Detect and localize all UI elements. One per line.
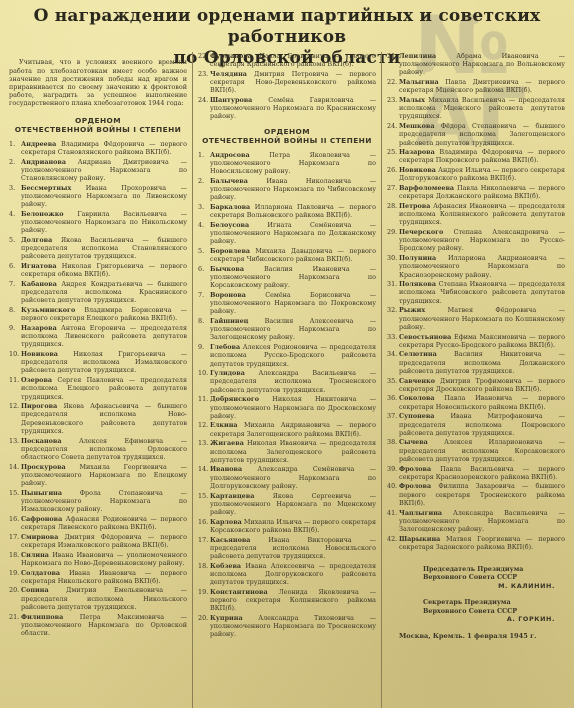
recipient-surname: Шарыкина	[399, 535, 440, 543]
award-entry: 34.Селютина Василия Никитовича — председ…	[387, 350, 565, 375]
signature-title: Секретарь Президиума	[423, 598, 565, 606]
award-entry: 9.Глебова Алексея Родионовича — председа…	[198, 343, 376, 368]
entry-number: 8.	[9, 306, 21, 314]
award-entry: 30.Полунина Иллариона Андриановича — упо…	[387, 254, 565, 279]
recipient-surname: Соколова	[399, 394, 435, 402]
award-entry: 2.Балычева Ивана Николаевича — уполномоч…	[198, 177, 376, 202]
entry-number: 35.	[387, 377, 399, 385]
award-entry: 41.Чаплыгина Александра Васильевича — уп…	[387, 509, 565, 534]
entry-number: 12.	[198, 421, 210, 429]
award-entry: 13.Посканова Алексея Ефимовича — председ…	[9, 437, 187, 462]
recipient-surname: Малых	[399, 96, 425, 104]
entry-number: 12.	[9, 402, 21, 410]
recipient-surname: Проскурова	[21, 463, 66, 471]
recipient-surname: Савченко	[399, 377, 435, 385]
entry-number: 9.	[198, 343, 210, 351]
award-entry: 6.Игнатова Николая Григорьевича — первог…	[9, 262, 187, 278]
order-heading-second-class: ОРДЕНОМ ОТЕЧЕСТВЕННОЙ ВОЙНЫ II СТЕПЕНИ	[198, 127, 376, 145]
recipient-surname: Воронова	[210, 291, 246, 299]
entry-number: 20.	[198, 614, 210, 622]
entry-number: 9.	[9, 324, 21, 332]
award-entry: 12.Елкина Михаила Андриановича — первого…	[198, 421, 376, 437]
award-entry: 26.Новикова Андрея Ильича — первого секр…	[387, 166, 565, 182]
award-entry: 39.Фролова Павла Васильевича — первого с…	[387, 465, 565, 481]
signature-section: Председатель Президиума Верховного Совет…	[387, 565, 565, 623]
entry-number: 39.	[387, 465, 399, 473]
entry-number: 4.	[9, 210, 21, 218]
entry-number: 6.	[198, 265, 210, 273]
award-entry: 17.Касьянова Ивана Викторовича — председ…	[198, 536, 376, 561]
entry-number: 2.	[198, 177, 210, 185]
entry-number: 23.	[387, 96, 399, 104]
entry-number: 14.	[9, 463, 21, 471]
award-entry: 24.Мешкова Фёдора Степановича — бывшего …	[387, 122, 565, 147]
award-entry: 5.Долгова Якова Васильевича — бывшего пр…	[9, 236, 187, 261]
award-entry: 1.Андреева Владимира Фёдоровича — первог…	[9, 140, 187, 156]
entry-number: 28.	[387, 202, 399, 210]
order-heading-first-class: ОРДЕНОМ ОТЕЧЕСТВЕННОЙ ВОЙНЫ I СТЕПЕНИ	[9, 116, 187, 134]
order-heading-line: ОТЕЧЕСТВЕННОЙ ВОЙНЫ II СТЕПЕНИ	[198, 136, 376, 145]
entry-number: 25.	[387, 148, 399, 156]
entry-number: 40.	[387, 482, 399, 490]
recipient-surname: Сычева	[399, 438, 428, 446]
entry-number: 33.	[387, 333, 399, 341]
entry-number: 19.	[9, 569, 21, 577]
entry-number: 21.	[9, 613, 21, 621]
award-list-second-class-cont: 21.Лепилина Абрама Ивановича — уполномоч…	[387, 52, 565, 551]
recipient-surname: Супонева	[399, 412, 434, 420]
recipient-surname: Полунина	[399, 254, 436, 262]
entry-number: 7.	[9, 280, 21, 288]
recipient-surname: Гулидова	[210, 369, 245, 377]
award-entry: 22.Фурманова Павла Борисовича — первого …	[198, 52, 376, 68]
decree-intro: Учитывая, что в условиях военного времен…	[9, 58, 187, 107]
recipient-surname: Полякова	[399, 280, 436, 288]
recipient-surname: Елкина	[210, 421, 238, 429]
entry-number: 10.	[9, 350, 21, 358]
recipient-surname: Челядина	[210, 70, 247, 78]
recipient-surname: Силина	[21, 551, 49, 559]
entry-number: 10.	[198, 369, 210, 377]
award-entry: 24.Шантурова Семёна Гавриловича — уполно…	[198, 96, 376, 121]
award-list-second-class: 1.Андросова Петра Яковлевича — уполномоч…	[198, 151, 376, 639]
signer-name: М. КАЛИНИН.	[423, 582, 565, 590]
entry-number: 7.	[198, 291, 210, 299]
entry-number: 19.	[198, 588, 210, 596]
recipient-surname: Андросова	[210, 151, 250, 159]
recipient-surname: Андреева	[21, 140, 56, 148]
recipient-surname: Рыжих	[399, 306, 425, 314]
recipient-surname: Баркалова	[210, 203, 250, 211]
entry-number: 8.	[198, 317, 210, 325]
award-entry: 28.Петрова Афанасия Ивановича — председа…	[387, 202, 565, 227]
entry-number: 24.	[387, 122, 399, 130]
award-entry: 16.Карлова Михаила Ильича — первого секр…	[198, 518, 376, 534]
award-entry: 15.Пыныгина Фрола Степановича — уполномо…	[9, 489, 187, 514]
award-entry: 11.Добрянского Николая Никитовича — упол…	[198, 395, 376, 420]
recipient-surname: Андрианова	[21, 158, 66, 166]
award-entry: 17.Смирнова Дмитрия Фёдоровича — первого…	[9, 533, 187, 549]
entry-number: 41.	[387, 509, 399, 517]
award-entry: 13.Жигаева Николая Ивановича — председат…	[198, 439, 376, 464]
award-entry: 36.Соколова Павла Ивановича — первого се…	[387, 394, 565, 410]
recipient-surname: Балычева	[210, 177, 248, 185]
recipient-surname: Назарова	[21, 324, 57, 332]
recipient-surname: Озерова	[21, 376, 52, 384]
recipient-surname: Назарова	[399, 148, 435, 156]
recipient-surname: Мешкова	[399, 122, 434, 130]
entry-number: 4.	[198, 221, 210, 229]
recipient-surname: Иванова	[210, 465, 242, 473]
recipient-surname: Посканова	[21, 437, 61, 445]
column-2: 22.Фурманова Павла Борисовича — первого …	[192, 52, 381, 708]
recipient-surname: Бычкова	[210, 265, 244, 273]
recipient-surname: Белоусова	[210, 221, 249, 229]
recipient-surname: Севостьянова	[399, 333, 451, 341]
award-entry: 7.Воронова Семёна Борисовича — уполномоч…	[198, 291, 376, 316]
recipient-surname: Пирогова	[21, 402, 57, 410]
award-entry: 16.Сафронова Афанасия Родионовича — перв…	[9, 515, 187, 531]
recipient-surname: Фролова	[399, 482, 431, 490]
recipient-surname: Пыныгина	[21, 489, 62, 497]
entry-number: 1.	[198, 151, 210, 159]
award-entry: 3.Бессмертных Ивана Прохоровича — уполно…	[9, 184, 187, 209]
column-3: 21.Лепилина Абрама Ивановича — уполномоч…	[381, 52, 570, 708]
award-list-first-class-cont: 22.Фурманова Павла Борисовича — первого …	[198, 52, 376, 121]
entry-number: 3.	[198, 203, 210, 211]
recipient-surname: Селютина	[399, 350, 437, 358]
recipient-surname: Малыгина	[399, 78, 439, 86]
award-entry: 1.Андросова Петра Яковлевича — уполномоч…	[198, 151, 376, 176]
award-entry: 33.Севостьянова Ефима Максимовича — перв…	[387, 333, 565, 349]
recipient-surname: Печерского	[399, 228, 443, 236]
recipient-surname: Новикова	[399, 166, 436, 174]
signature-title: Верховного Совета СССР	[423, 573, 565, 581]
recipient-surname: Лепилина	[399, 52, 436, 60]
award-entry: 29.Печерского Степана Александровича — у…	[387, 228, 565, 253]
entry-number: 31.	[387, 280, 399, 288]
signature-block: Секретарь Президиума Верховного Совета С…	[423, 598, 565, 623]
recipient-surname: Шантурова	[210, 96, 252, 104]
award-entry: 10.Гулидова Александра Васильевича — пре…	[198, 369, 376, 394]
recipient-surname: Филиппова	[21, 613, 63, 621]
recipient-surname: Варфоломеева	[399, 184, 454, 192]
recipient-surname: Добрянского	[210, 395, 259, 403]
recipient-surname: Фурманова	[210, 52, 252, 60]
recipient-surname: Долгова	[21, 236, 52, 244]
award-entry: 20.Куприна Александра Тихоновича — уполн…	[198, 614, 376, 639]
award-entry: 9.Назарова Антона Егоровича — председате…	[9, 324, 187, 349]
order-heading-line: ОРДЕНОМ	[198, 127, 376, 136]
signature-title: Председатель Президиума	[423, 565, 565, 573]
recipient-surname: Смирнова	[21, 533, 58, 541]
award-entry: 2.Андрианова Андриана Дмитриевича — упол…	[9, 158, 187, 183]
entry-number: 37.	[387, 412, 399, 420]
article-columns: Учитывая, что в условиях военного времен…	[4, 52, 570, 708]
award-entry: 35.Савченко Дмитрия Трофимовича — первог…	[387, 377, 565, 393]
order-heading-line: ОРДЕНОМ	[9, 116, 187, 125]
entry-number: 16.	[198, 518, 210, 526]
recipient-surname: Кузьминского	[21, 306, 75, 314]
entry-number: 34.	[387, 350, 399, 358]
entry-number: 23.	[198, 70, 210, 78]
entry-number: 17.	[198, 536, 210, 544]
award-entry: 12.Пирогова Якова Афанасьевича — бывшего…	[9, 402, 187, 435]
recipient-surname: Кобзева	[210, 562, 241, 570]
award-entry: 21.Филиппова Петра Максимовича — уполном…	[9, 613, 187, 638]
entry-number: 5.	[198, 247, 210, 255]
award-entry: 5.Боровлева Михаила Давыдовича — первого…	[198, 247, 376, 263]
award-entry: 40.Фролова Филиппа Захаровича — бывшего …	[387, 482, 565, 507]
recipient-surname: Чаплыгина	[399, 509, 442, 517]
entry-number: 5.	[9, 236, 21, 244]
recipient-surname: Глебова	[210, 343, 240, 351]
entry-number: 11.	[198, 395, 210, 403]
entry-number: 15.	[9, 489, 21, 497]
signature-title: Верховного Совета СССР	[423, 607, 565, 615]
entry-number: 30.	[387, 254, 399, 262]
award-entry: 15.Картавцева Якова Сергеевича — уполном…	[198, 492, 376, 517]
entry-number: 22.	[198, 52, 210, 60]
award-entry: 21.Лепилина Абрама Ивановича — уполномоч…	[387, 52, 565, 77]
entry-number: 18.	[198, 562, 210, 570]
entry-number: 2.	[9, 158, 21, 166]
award-entry: 4.Белоножко Гавриила Васильевича — уполн…	[9, 210, 187, 235]
entry-number: 14.	[198, 465, 210, 473]
recipient-surname: Куприна	[210, 614, 243, 622]
entry-number: 32.	[387, 306, 399, 314]
entry-number: 11.	[9, 376, 21, 384]
entry-number: 22.	[387, 78, 399, 86]
entry-number: 6.	[9, 262, 21, 270]
signer-name: А. ГОРКИН.	[423, 615, 565, 623]
recipient-surname: Белоножко	[21, 210, 64, 218]
award-entry: 42.Шарыкина Матвея Георгиевича — первого…	[387, 535, 565, 551]
entry-number: 20.	[9, 586, 21, 594]
entry-number: 21.	[387, 52, 399, 60]
entry-number: 3.	[9, 184, 21, 192]
dateline: Москва, Кремль. 1 февраля 1945 г.	[387, 632, 565, 640]
award-entry: 14.Иванова Александра Семёновича — уполн…	[198, 465, 376, 490]
award-entry: 7.Кабанова Андрея Кондратьевича — бывшег…	[9, 280, 187, 305]
award-entry: 22.Малыгина Павла Дмитриевича — первого …	[387, 78, 565, 94]
award-entry: 14.Проскурова Михаила Георгиевича — упол…	[9, 463, 187, 488]
entry-number: 29.	[387, 228, 399, 236]
award-list-first-class: 1.Андреева Владимира Фёдоровича — первог…	[9, 140, 187, 638]
entry-number: 27.	[387, 184, 399, 192]
award-entry: 3.Баркалова Иллариона Павловича — первог…	[198, 203, 376, 219]
headline-line-1: О награждении орденами партийных и совет…	[0, 6, 574, 48]
award-entry: 18.Силина Ивана Ивановича — уполномоченн…	[9, 551, 187, 567]
entry-number: 36.	[387, 394, 399, 402]
recipient-surname: Жигаева	[210, 439, 244, 447]
award-entry: 11.Озерова Сергея Павловича — председате…	[9, 376, 187, 401]
entry-number: 18.	[9, 551, 21, 559]
signature-block: Председатель Президиума Верховного Совет…	[423, 565, 565, 590]
entry-number: 42.	[387, 535, 399, 543]
award-entry: 23.Челядина Дмитрия Петровича — первого …	[198, 70, 376, 95]
award-entry: 31.Полякова Степана Ивановича — председа…	[387, 280, 565, 305]
recipient-surname: Новикова	[21, 350, 58, 358]
award-entry: 27.Варфоломеева Павла Николаевича — перв…	[387, 184, 565, 200]
recipient-surname: Боровлева	[210, 247, 250, 255]
recipient-surname: Картавцева	[210, 492, 254, 500]
award-entry: 37.Супонева Ивана Митрофановича — предсе…	[387, 412, 565, 437]
recipient-surname: Кабанова	[21, 280, 57, 288]
entry-number: 16.	[9, 515, 21, 523]
entry-number: 17.	[9, 533, 21, 541]
recipient-surname: Петрова	[399, 202, 430, 210]
award-entry: 25.Назарова Владимира Фёдоровича — перво…	[387, 148, 565, 164]
award-entry: 20.Сопина Дмитрия Емельяновича — председ…	[9, 586, 187, 611]
recipient-surname: Фролова	[399, 465, 431, 473]
entry-number: 13.	[198, 439, 210, 447]
entry-number: 26.	[387, 166, 399, 174]
award-entry: 19.Солдатова Ивана Ивановича — первого с…	[9, 569, 187, 585]
recipient-surname: Константинова	[210, 588, 268, 596]
recipient-surname: Игнатова	[21, 262, 57, 270]
recipient-surname: Бессмертных	[21, 184, 71, 192]
award-entry: 38.Сычева Алексея Илларионовича — предсе…	[387, 438, 565, 463]
award-entry: 4.Белоусова Игната Семёновича — уполномо…	[198, 221, 376, 246]
order-heading-line: ОТЕЧЕСТВЕННОЙ ВОЙНЫ I СТЕПЕНИ	[9, 125, 187, 134]
recipient-surname: Карлова	[210, 518, 242, 526]
award-entry: 18.Кобзева Ивана Алексеевича — председат…	[198, 562, 376, 587]
award-entry: 23.Малых Михаила Васильевича — председат…	[387, 96, 565, 121]
entry-number: 1.	[9, 140, 21, 148]
column-1: Учитывая, что в условиях военного времен…	[4, 52, 192, 708]
entry-number: 38.	[387, 438, 399, 446]
award-entry: 32.Рыжих Матвея Фёдоровича — уполномочен…	[387, 306, 565, 331]
recipient-surname: Гайшинец	[210, 317, 248, 325]
entry-number: 13.	[9, 437, 21, 445]
award-entry: 8.Кузьминского Владимира Борисовича — пе…	[9, 306, 187, 322]
recipient-surname: Солдатова	[21, 569, 60, 577]
entry-number: 24.	[198, 96, 210, 104]
award-entry: 19.Константинова Леонида Яковлевича — пе…	[198, 588, 376, 613]
award-entry: 10.Новикова Николая Григорьевича — предс…	[9, 350, 187, 375]
award-entry: 8.Гайшинец Василия Алексеевича — уполном…	[198, 317, 376, 342]
entry-number: 15.	[198, 492, 210, 500]
award-entry: 6.Бычкова Василия Ивановича — уполномоче…	[198, 265, 376, 290]
recipient-surname: Сафронова	[21, 515, 62, 523]
recipient-surname: Касьянова	[210, 536, 250, 544]
recipient-surname: Сопина	[21, 586, 49, 594]
